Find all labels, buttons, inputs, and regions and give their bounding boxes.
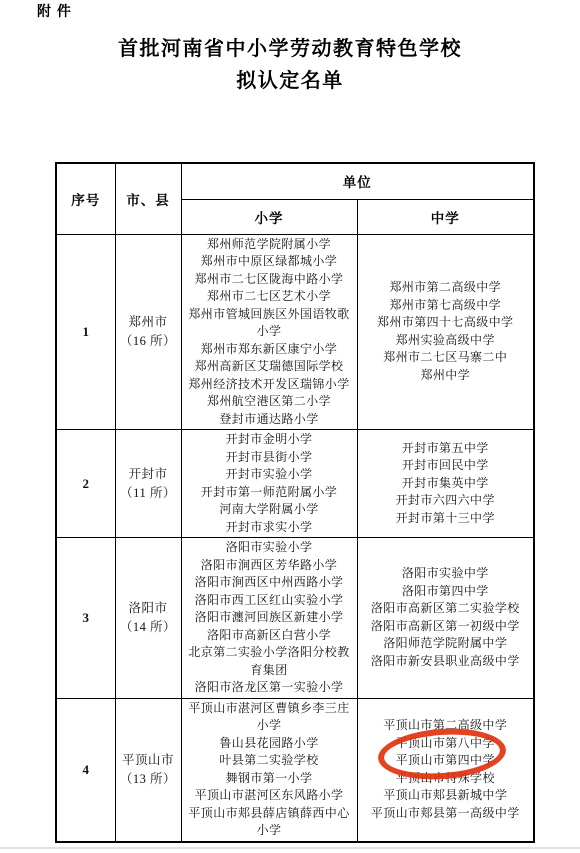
seq-cell: 4 (56, 698, 115, 842)
table-row-pingdingshan: 4 平顶山市 （13 所） 平顶山市湛河区曹镇乡李三庄小学鲁山县花园路小学叶县第… (56, 698, 534, 842)
header-middle-school: 中学 (357, 199, 534, 234)
school-name: 北京第二实验小学洛阳分校教育集团 (184, 644, 355, 679)
school-name: 开封市六四六中学 (360, 492, 532, 510)
document-page: 附 件 首批河南省中小学劳动教育特色学校 拟认定名单 序号 市、县 单位 小学 … (0, 0, 580, 853)
region-name: 洛阳市 (118, 599, 179, 618)
school-name: 平顶山市特殊学校 (360, 770, 532, 788)
header-seq: 序号 (56, 163, 115, 234)
school-name: 洛阳市瀍河回族区新建小学 (184, 609, 355, 627)
school-name: 开封市第五中学 (360, 440, 532, 458)
seq-cell: 3 (56, 538, 115, 699)
secondary-schools-cell: 开封市第五中学开封市回民中学开封市集英中学开封市六四六中学开封市第十三中学 (357, 430, 534, 538)
header-unit: 单位 (181, 163, 534, 199)
school-name: 洛阳市新安县职业高级中学 (360, 653, 532, 671)
school-name: 舞钢市第一小学 (184, 770, 355, 788)
region-cell: 洛阳市 （14 所） (115, 538, 181, 699)
school-name: 开封市第一师范附属小学 (184, 484, 355, 502)
school-name: 洛阳市高新区第一初级中学 (360, 618, 532, 636)
secondary-schools-cell: 平顶山市第二高级中学平顶山市第八中学平顶山市第四中学平顶山市特殊学校平顶山市郏县… (357, 698, 534, 842)
table-row-kaifeng: 2 开封市 （11 所） 开封市金明小学开封市县街小学开封市实验小学开封市第一师… (56, 430, 534, 538)
school-name: 郑州航空港区第二小学 (184, 393, 355, 411)
school-name: 登封市通达路小学 (184, 411, 355, 429)
secondary-schools-cell: 郑州市第二高级中学郑州市第七高级中学郑州市第四十七高级中学郑州实验高级中学郑州市… (357, 234, 534, 430)
school-name: 郑州市郑东新区康宁小学 (184, 341, 355, 359)
school-name: 郑州经济技术开发区瑞锦小学 (184, 376, 355, 394)
school-name: 郑州师范学院附属小学 (184, 236, 355, 254)
school-name: 郑州市第二高级中学 (360, 279, 532, 297)
region-name: 郑州市 (118, 313, 179, 332)
school-name: 郑州市二七区艺术小学 (184, 288, 355, 306)
region-cell: 平顶山市 （13 所） (115, 698, 181, 842)
school-name: 开封市第十三中学 (360, 510, 532, 528)
school-name: 平顶山市郏县薛店镇薛西中心小学 (184, 805, 355, 840)
header-region: 市、县 (115, 163, 181, 234)
school-name: 洛阳市高新区第二实验学校 (360, 600, 532, 618)
region-count: （11 所） (118, 484, 179, 503)
primary-schools-cell: 开封市金明小学开封市县街小学开封市实验小学开封市第一师范附属小学河南大学附属小学… (181, 430, 357, 538)
school-name: 开封市实验小学 (184, 466, 355, 484)
school-name: 开封市回民中学 (360, 457, 532, 475)
school-name: 叶县第二实验学校 (184, 752, 355, 770)
school-name: 郑州实验高级中学 (360, 332, 532, 350)
page-bottom-edge (0, 847, 580, 849)
region-cell: 开封市 （11 所） (115, 430, 181, 538)
region-count: （14 所） (118, 618, 179, 637)
header-primary-school: 小学 (181, 199, 357, 234)
school-name: 河南大学附属小学 (184, 501, 355, 519)
region-count: （13 所） (118, 770, 179, 789)
school-name: 平顶山市第四中学 (360, 752, 532, 770)
school-name: 洛阳市高新区白营小学 (184, 627, 355, 645)
document-title-line2: 拟认定名单 (0, 64, 580, 93)
school-name: 开封市集英中学 (360, 475, 532, 493)
region-cell: 郑州市 （16 所） (115, 234, 181, 430)
school-name: 开封市县街小学 (184, 449, 355, 467)
school-name: 洛阳市第四中学 (360, 583, 532, 601)
school-name: 郑州市第四十七高级中学 (360, 314, 532, 332)
school-name: 郑州市二七区马寨二中 (360, 349, 532, 367)
document-title-line1: 首批河南省中小学劳动教育特色学校 (0, 32, 580, 61)
region-count: （16 所） (118, 332, 179, 351)
secondary-schools-cell: 洛阳市实验中学洛阳市第四中学洛阳市高新区第二实验学校洛阳市高新区第一初级中学洛阳… (357, 538, 534, 699)
attachment-label: 附 件 (37, 1, 72, 21)
school-name: 洛阳市实验小学 (184, 539, 355, 557)
school-name: 平顶山市郏县新城中学 (360, 787, 532, 805)
school-name: 平顶山市湛河区曹镇乡李三庄小学 (184, 700, 355, 735)
school-name: 平顶山市郏县第一高级中学 (360, 805, 532, 823)
school-name: 郑州市第七高级中学 (360, 297, 532, 315)
school-name: 郑州市二七区陇海中路小学 (184, 271, 355, 289)
school-name: 洛阳市涧西区中州西路小学 (184, 574, 355, 592)
school-name: 洛阳市西工区红山实验小学 (184, 592, 355, 610)
school-name: 开封市求实小学 (184, 519, 355, 537)
school-name: 郑州市中原区绿都城小学 (184, 253, 355, 271)
school-name: 开封市金明小学 (184, 431, 355, 449)
primary-schools-cell: 郑州师范学院附属小学郑州市中原区绿都城小学郑州市二七区陇海中路小学郑州市二七区艺… (181, 234, 357, 430)
school-name: 洛阳市涧西区芳华路小学 (184, 557, 355, 575)
school-name: 郑州市管城回族区外国语牧歌小学 (184, 306, 355, 341)
region-name: 开封市 (118, 465, 179, 484)
schools-table: 序号 市、县 单位 小学 中学 1 郑州市 （16 所） 郑州师范学院附属小学郑… (55, 162, 535, 843)
seq-cell: 1 (56, 234, 115, 430)
school-name: 平顶山市第八中学 (360, 735, 532, 753)
table-row-zhengzhou: 1 郑州市 （16 所） 郑州师范学院附属小学郑州市中原区绿都城小学郑州市二七区… (56, 234, 534, 430)
seq-cell: 2 (56, 430, 115, 538)
school-name: 洛阳市实验中学 (360, 565, 532, 583)
primary-schools-cell: 洛阳市实验小学洛阳市涧西区芳华路小学洛阳市涧西区中州西路小学洛阳市西工区红山实验… (181, 538, 357, 699)
school-name: 洛阳市洛龙区第一实验小学 (184, 679, 355, 697)
school-name: 洛阳师范学院附属中学 (360, 635, 532, 653)
region-name: 平顶山市 (118, 751, 179, 770)
primary-schools-cell: 平顶山市湛河区曹镇乡李三庄小学鲁山县花园路小学叶县第二实验学校舞钢市第一小学平顶… (181, 698, 357, 842)
school-name: 平顶山市第二高级中学 (360, 717, 532, 735)
school-name: 平顶山市湛河区东风路小学 (184, 787, 355, 805)
table-row-luoyang: 3 洛阳市 （14 所） 洛阳市实验小学洛阳市涧西区芳华路小学洛阳市涧西区中州西… (56, 538, 534, 699)
school-name: 郑州中学 (360, 367, 532, 385)
school-name: 鲁山县花园路小学 (184, 735, 355, 753)
school-name: 郑州高新区艾瑞德国际学校 (184, 358, 355, 376)
